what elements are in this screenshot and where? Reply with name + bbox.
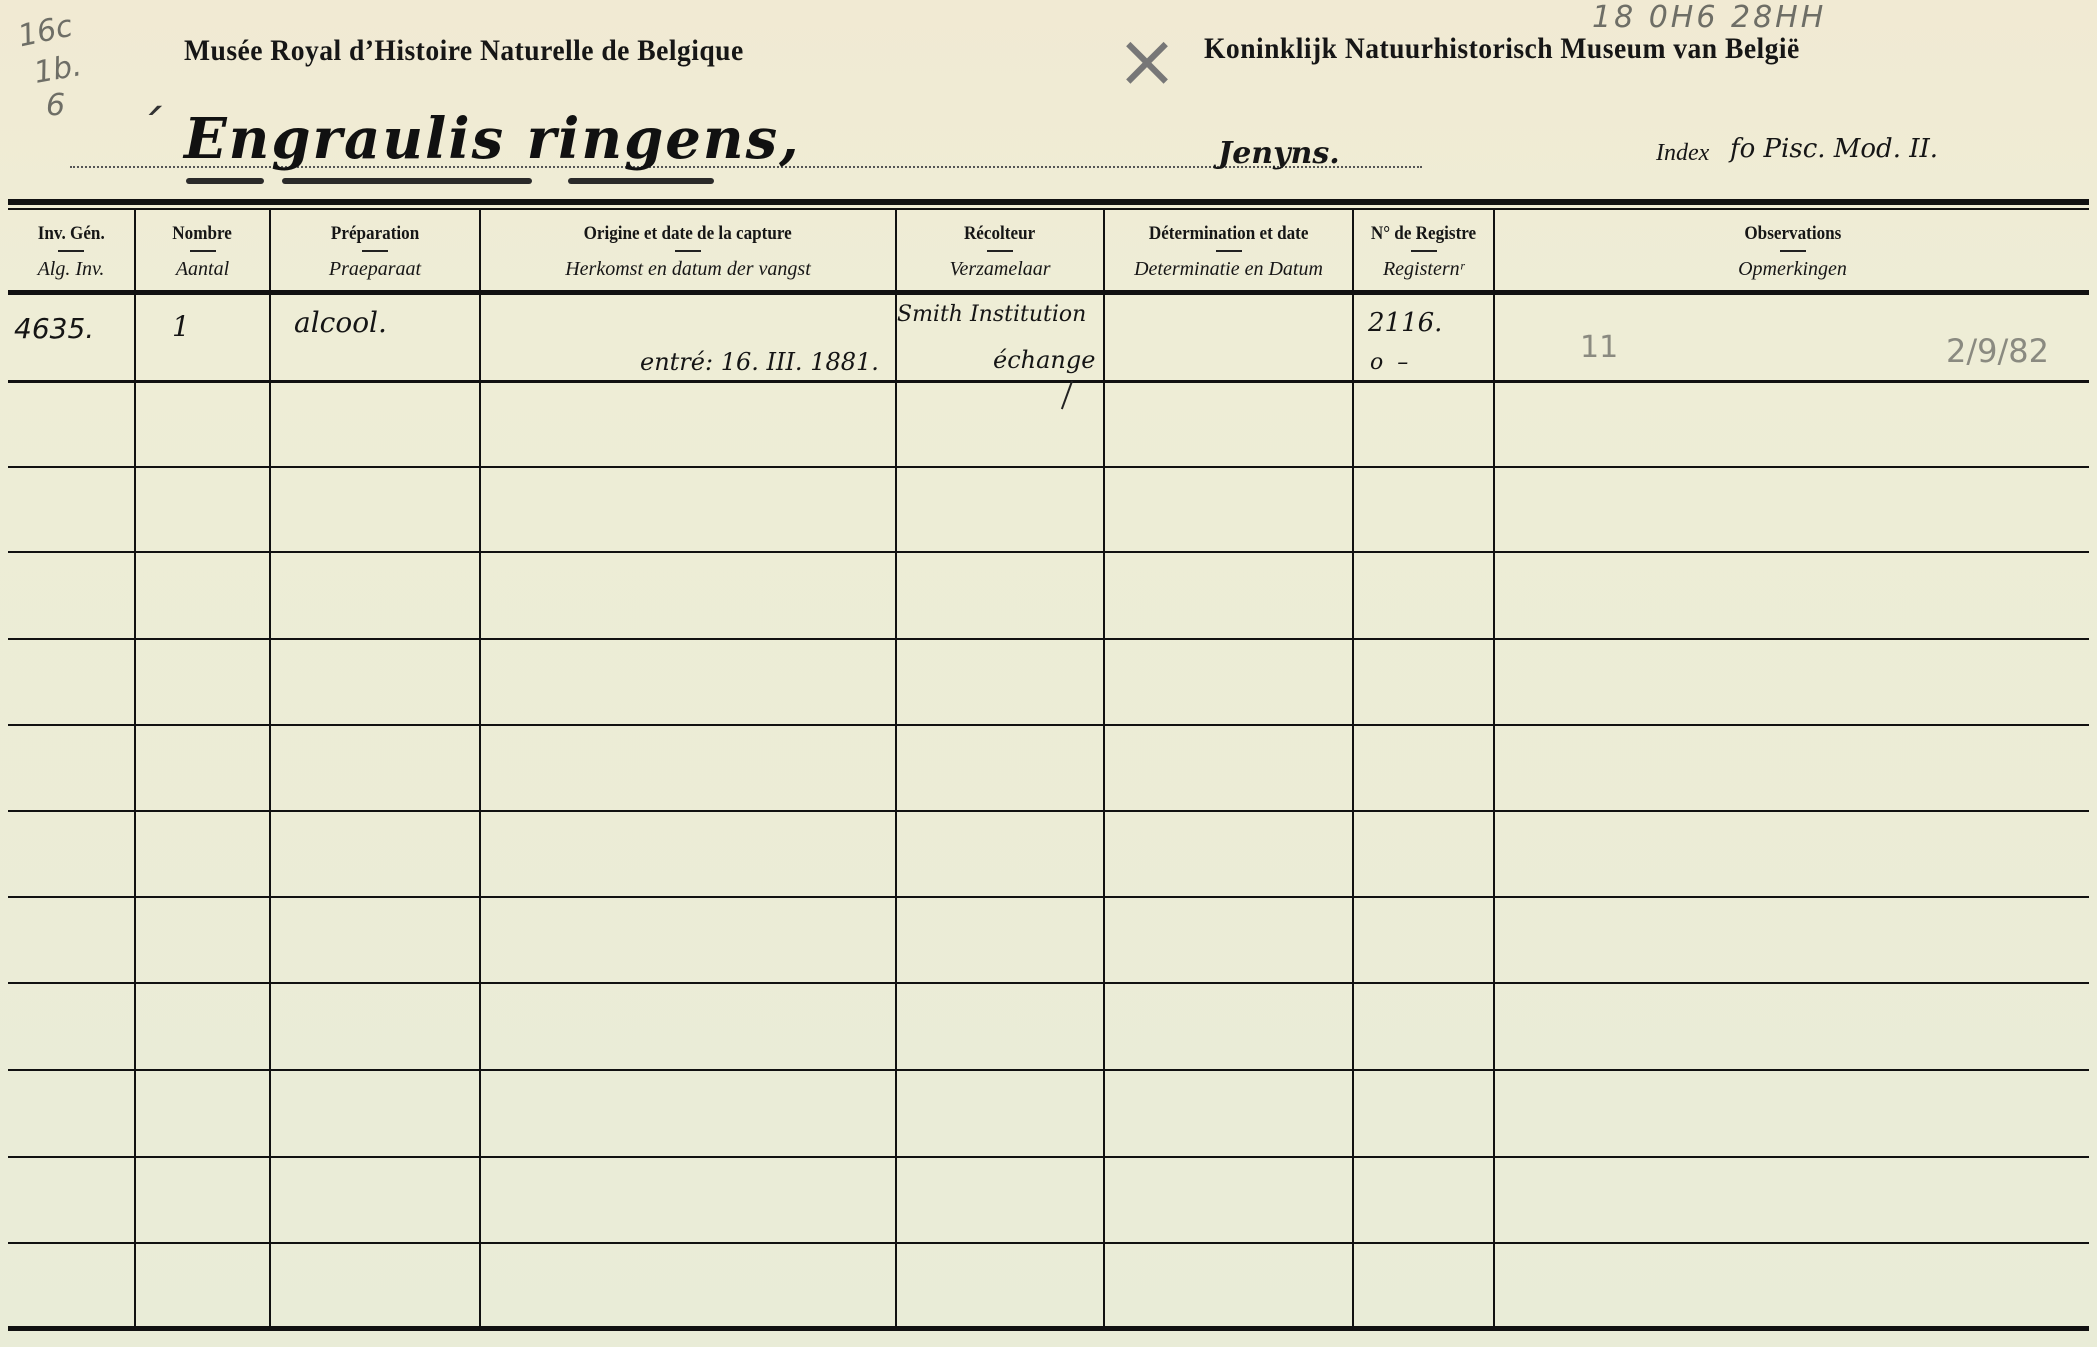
table-top-rule-thin <box>8 208 2089 210</box>
cell-observations-mark: 11 <box>1580 330 1618 365</box>
header-recolteur: Récolteur Verzamelaar <box>897 212 1103 292</box>
header-preparation-fr: Préparation <box>331 223 419 245</box>
pencil-inventory-number: 18 0H6 28HH <box>1592 0 1826 35</box>
header-recolteur-nl: Verzamelaar <box>949 258 1050 281</box>
header-dash <box>1216 250 1242 252</box>
header-registre: N° de Registre Registernʳ <box>1354 212 1493 292</box>
header-preparation-nl: Praeparaat <box>329 258 421 281</box>
header-registre-nl: Registernʳ <box>1383 258 1464 281</box>
cell-registre-line1: 2116. <box>1368 308 1442 338</box>
header-observations-nl: Opmerkingen <box>1738 258 1847 281</box>
row-line <box>8 1156 2089 1158</box>
cell-recolteur-line2: échange <box>993 346 1095 374</box>
header-dash <box>675 250 701 252</box>
row-line <box>8 724 2089 726</box>
cell-preparation: alcool. <box>294 306 387 339</box>
row-line <box>8 638 2089 640</box>
header-determination-fr: Détermination et date <box>1149 223 1309 245</box>
pencil-mark-3: 6 <box>46 88 65 123</box>
column-divider <box>1352 210 1354 1328</box>
table-top-rule <box>8 199 2089 205</box>
header-inv-fr: Inv. Gén. <box>37 223 104 245</box>
species-tick-mark: ´ <box>136 100 161 158</box>
header-origine: Origine et date de la capture Herkomst e… <box>481 212 895 292</box>
column-divider <box>895 210 897 1328</box>
pencil-cross-mark: × <box>1116 18 1178 104</box>
cell-observations-date: 2/9/82 <box>1946 332 2049 370</box>
cell-nombre: 1 <box>172 310 190 343</box>
row-line <box>8 551 2089 553</box>
species-author: Jenyns. <box>1218 136 1340 171</box>
row-line <box>8 466 2089 468</box>
pencil-mark-2: 1b. <box>31 48 84 91</box>
index-value: fo Pisc. Mod. II. <box>1730 134 1938 164</box>
header-nombre: Nombre Aantal <box>136 212 269 292</box>
column-divider <box>1493 210 1495 1328</box>
header-determination-nl: Determinatie en Datum <box>1134 258 1323 281</box>
cell-origine: entré: 16. III. 1881. <box>640 348 879 376</box>
header-dash <box>362 250 388 252</box>
row-line <box>8 896 2089 898</box>
header-origine-fr: Origine et date de la capture <box>584 223 792 245</box>
row-line <box>8 810 2089 812</box>
row-line <box>8 1242 2089 1244</box>
header-inv: Inv. Gén. Alg. Inv. <box>8 212 134 292</box>
species-underline-2 <box>282 178 532 184</box>
header-observations-fr: Observations <box>1744 223 1841 245</box>
index-label: Index <box>1656 140 1709 167</box>
column-divider <box>479 210 481 1328</box>
header-dash <box>1780 250 1806 252</box>
column-divider <box>134 210 136 1328</box>
species-name: Engraulis ringens, <box>184 106 801 172</box>
header-nombre-nl: Aantal <box>176 258 229 281</box>
header-observations: Observations Opmerkingen <box>1495 212 2090 292</box>
row-line <box>8 982 2089 984</box>
museum-title-fr: Musée Royal d’Histoire Naturelle de Belg… <box>184 34 744 68</box>
cell-registre-line2: o – <box>1370 350 1408 375</box>
header-determination: Détermination et date Determinatie en Da… <box>1105 212 1352 292</box>
header-registre-fr: N° de Registre <box>1371 223 1476 245</box>
column-divider <box>1103 210 1105 1328</box>
header-preparation: Préparation Praeparaat <box>271 212 479 292</box>
header-recolteur-fr: Récolteur <box>964 223 1035 245</box>
header-nombre-fr: Nombre <box>173 223 233 245</box>
header-dash <box>987 250 1013 252</box>
header-dash <box>1411 250 1437 252</box>
header-dash <box>58 250 84 252</box>
header-origine-nl: Herkomst en datum der vangst <box>565 258 811 281</box>
row-line <box>8 380 2089 383</box>
column-divider <box>269 210 271 1328</box>
ink-descender <box>1061 381 1073 410</box>
table-bottom-rule <box>8 1326 2089 1331</box>
pencil-mark-1: 16c <box>15 9 76 55</box>
row-line <box>8 1069 2089 1071</box>
cell-recolteur-line1: Smith Institution <box>897 302 1086 327</box>
header-dash <box>190 250 216 252</box>
species-underline-1 <box>186 178 264 184</box>
cell-inv: 4635. <box>14 312 94 345</box>
species-underline-3 <box>568 178 714 184</box>
header-inv-nl: Alg. Inv. <box>38 258 105 281</box>
museum-title-nl: Koninklijk Natuurhistorisch Museum van B… <box>1204 32 1800 66</box>
